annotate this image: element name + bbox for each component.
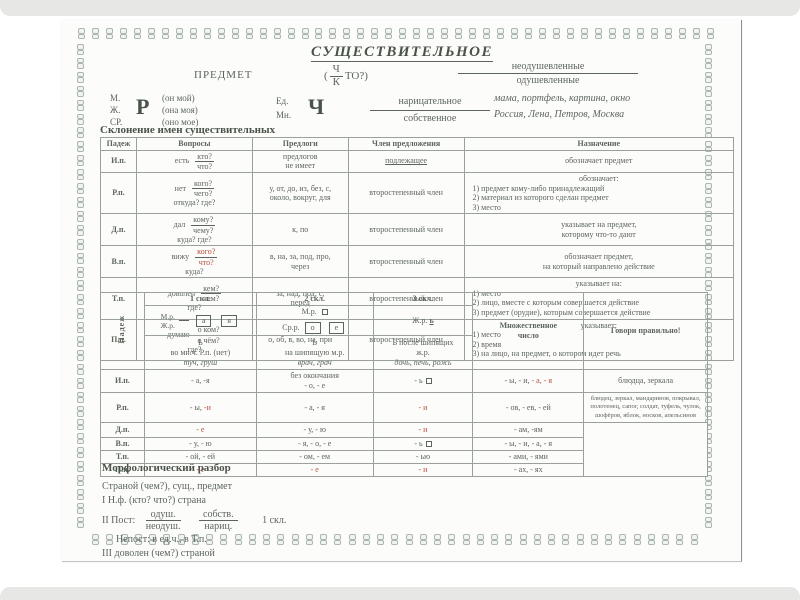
col-header-questions: Вопросы	[136, 138, 252, 151]
col-header-case: Падеж	[101, 138, 137, 151]
question-bottom: чего?	[194, 189, 212, 198]
speak-correctly-header: Говори правильно!	[584, 293, 708, 370]
question-top: кто?	[195, 152, 214, 162]
member-cell: второстепенный член	[348, 214, 464, 246]
page-content: СУЩЕСТВИТЕЛЬНОЕ ПРЕДМЕТ ( Ч К ТО?) неоду…	[62, 20, 742, 562]
purpose-cell: обозначает: 1) предмет кому-либо принадл…	[464, 172, 734, 213]
skl1-sub-text: Ь во мн.ч. Р.п. (нет)	[147, 338, 254, 358]
case-cell: И.п.	[101, 150, 137, 172]
propriety-fraction: собств. нариц.	[199, 509, 238, 532]
morph-line2: I Н.ф. (кто? что?) страна	[102, 494, 286, 508]
skl3-ending: - ь	[373, 370, 473, 393]
skl3-ending: - ь	[373, 438, 473, 451]
morph-post-label: II Пост:	[102, 515, 135, 526]
endings-row: Р.п. - ы, -и - а, - я - и - ов, - ев, - …	[101, 393, 708, 423]
zero-ending-box	[426, 378, 432, 384]
member-cell: второстепенный член	[348, 172, 464, 213]
skl3-ending: - и	[373, 464, 473, 477]
verb: дал	[174, 220, 186, 230]
case-cell: Р.п.	[101, 393, 145, 423]
common-noun-label: нарицательное	[370, 94, 490, 111]
table-row: Р.п. нет кого?чего? откуда? где? у, от, …	[101, 172, 734, 213]
corner-cell: Падеж	[101, 293, 145, 370]
predmet-label: ПРЕДМЕТ	[194, 69, 253, 81]
skl1-ending: - е	[144, 423, 256, 438]
skl2-neut-line: Ср.р. о е	[259, 322, 371, 334]
zero-ending-box	[426, 441, 432, 447]
ending-box-o: о	[305, 322, 321, 334]
skl3-sub-examples: дочь, печь, рожь	[376, 358, 471, 368]
speak-correctly-empty	[584, 423, 708, 477]
skl1-ending: - у, - ю	[144, 438, 256, 451]
ending-box-a: а	[196, 315, 212, 327]
skl2-masc: М.р.	[302, 307, 317, 316]
questions-cell: дал кому?чему? куда? где?	[136, 214, 252, 246]
skl3-sub-cell: Ь после шипящих ж.р. дочь, печь, рожь	[373, 336, 473, 370]
skl1-ending: - а, -я	[144, 370, 256, 393]
question-extra: куда?	[139, 267, 250, 277]
purpose-cell: указывает на предмет, которому что-то да…	[464, 214, 734, 246]
question-top: кого?	[195, 247, 217, 257]
skl2-ending: - у, - ю	[256, 423, 373, 438]
skl3-header: 3 скл.	[373, 293, 473, 306]
question-extra: куда? где?	[139, 235, 250, 245]
question-extra: откуда? где?	[139, 198, 250, 208]
question-top: кого?	[192, 179, 214, 189]
table-row: Д.п. дал кому?чему? куда? где? к, по вто…	[101, 214, 734, 246]
ch-k-fraction: Ч К	[330, 64, 343, 88]
case-cell: В.п.	[101, 438, 145, 451]
plural-ending: - ам, -ям	[473, 423, 584, 438]
skl2-box-cell: М.р. Ср.р. о е	[256, 306, 373, 336]
prepositions-cell: в, на, за, под, про, через	[252, 246, 348, 278]
skl3-ending: - и	[373, 393, 473, 423]
col-header-prepositions: Предлоги	[252, 138, 348, 151]
ending-a: - ы,	[190, 403, 204, 412]
slide-top-band	[0, 0, 800, 16]
soft-sign: ь	[429, 316, 433, 325]
skl3-box-cell: Ж.р. ь	[373, 306, 473, 336]
slide-bottom-band	[0, 587, 800, 600]
skl1-sub-examples: туч, груш	[147, 358, 254, 368]
ending-b: -и	[204, 403, 211, 412]
speak-correctly-cell: блюдец, зеркал, мандаринов, покрывал, по…	[584, 393, 708, 423]
question-bottom: что?	[197, 162, 212, 171]
number-labels: Ед. Мн.	[276, 94, 291, 123]
verb: есть	[175, 156, 189, 166]
skl2-header: 2 скл.	[256, 293, 373, 306]
skl3-ending: - ью	[373, 451, 473, 464]
skl1-masc: М.р.	[161, 312, 175, 321]
purpose-head: указывает на:	[467, 279, 732, 289]
plural-ending: - ы, - и, - а, - я	[473, 370, 584, 393]
questions-cell: есть кто?что?	[136, 150, 252, 172]
skl2-ending: без окончания - о, - е	[256, 370, 373, 393]
purpose-cell: обозначает предмет	[464, 150, 734, 172]
ch-letter: Ч	[330, 64, 343, 77]
col-header-purpose: Назначение	[464, 138, 734, 151]
morph-line1: Страной (чем?), сущ., предмет	[102, 480, 286, 494]
endings-row: Д.п. - е - у, - ю - и - ам, -ям	[101, 423, 708, 438]
inanimate-label: неодушевленные	[458, 60, 638, 74]
slide: СУЩЕСТВИТЕЛЬНОЕ ПРЕДМЕТ ( Ч К ТО?) неоду…	[0, 0, 800, 600]
case-cell: Д.п.	[101, 423, 145, 438]
case-cell: Р.п.	[101, 172, 137, 213]
member-cell: подлежащее	[348, 150, 464, 172]
ending-box-ya: я	[221, 315, 237, 327]
table-header-row: Падеж Вопросы Предлоги Член предложения …	[101, 138, 734, 151]
case-cell: И.п.	[101, 370, 145, 393]
to-suffix: ТО?)	[345, 70, 368, 82]
propriety-block: нарицательное собственное	[370, 94, 490, 126]
chto-kto-formula: ( Ч К ТО?)	[324, 64, 368, 88]
skl1-header: 1 скл.	[144, 293, 256, 306]
skl2-sub-examples: врач, грач	[259, 358, 371, 368]
questions-cell: нет кого?чего? откуда? где?	[136, 172, 252, 213]
endings-table: Падеж 1 скл. 2 скл. 3 скл. Множественное…	[100, 292, 708, 477]
prepositions-cell: у, от, до, из, без, с, около, вокруг, дл…	[252, 172, 348, 213]
skl1-sub-cell: Ь во мн.ч. Р.п. (нет) туч, груш	[144, 336, 256, 370]
morph-skl: 1 скл.	[262, 515, 286, 526]
plural-ending: - ах, - ях	[473, 464, 584, 477]
soft-ending: - ь	[414, 376, 422, 385]
skl2-sub-cell: Ь на шипящую м.р. врач, грач	[256, 336, 373, 370]
morph-line4: Непост: в ед.ч., в Т.п.	[102, 533, 286, 547]
skl2-masc-line: М.р.	[259, 307, 371, 320]
question-bottom: чему?	[193, 226, 213, 235]
case-cell: В.п.	[101, 246, 137, 278]
plural-a: - ы, - и,	[505, 376, 532, 385]
morphological-analysis: Морфологический разбор Страной (чем?), с…	[102, 461, 286, 561]
endings-row: И.п. - а, -я без окончания - о, - е - ь …	[101, 370, 708, 393]
plural-header: Множественное число	[473, 293, 584, 370]
plural-b: - а, - я	[532, 376, 553, 385]
skl3-ending: - и	[373, 423, 473, 438]
corner-label: Падеж	[117, 315, 127, 344]
proper-noun-label: собственное	[404, 113, 457, 124]
skl1-ending: - ы, -и	[144, 393, 256, 423]
skl1-genders: М.р. Ж.р.	[161, 312, 175, 330]
member-cell: второстепенный член	[348, 246, 464, 278]
skl2-ending: - а, - я	[256, 393, 373, 423]
animacy-top: одуш.	[146, 509, 181, 521]
noun-examples: мама, портфель, картина, окно Россия, Ле…	[494, 91, 734, 123]
propriety-top: собств.	[199, 509, 238, 521]
purpose-cell: обозначает предмет, на который направлен…	[464, 246, 734, 278]
zero-ending-box	[322, 309, 328, 315]
skl3-fem: Ж.р.	[412, 316, 427, 325]
table-row: В.п. вижу кого?что? куда? в, на, за, под…	[101, 246, 734, 278]
purpose-head: обозначает:	[467, 174, 732, 184]
purpose-body: 1) предмет кому-либо принадлежащий 2) ма…	[467, 184, 732, 213]
propriety-bottom: нариц.	[199, 521, 238, 532]
dash-line	[179, 320, 189, 321]
section1-title: Склонение имен существительных	[100, 124, 275, 136]
skl2-sub-text: Ь на шипящую м.р.	[259, 338, 371, 358]
col-header-sentence-member: Член предложения	[348, 138, 464, 151]
ending-box-e: е	[329, 322, 345, 334]
animacy-fraction: одуш. неодуш.	[146, 509, 181, 532]
verb: нет	[175, 184, 186, 194]
k-letter: К	[333, 77, 340, 89]
verb: вижу	[172, 252, 190, 262]
gender-forms: (он мой) (она моя) (оно мое)	[162, 92, 198, 128]
rod-letter: Р	[136, 94, 149, 120]
open-paren: (	[324, 70, 328, 82]
chislo-letter: Ч	[308, 94, 324, 120]
animate-label: одушевленные	[517, 75, 580, 86]
animacy-block: неодушевленные одушевленные	[458, 60, 638, 87]
prepositions-cell: предлогов не имеет	[252, 150, 348, 172]
member-text: подлежащее	[385, 156, 427, 165]
plural-ending: - ы, - и, - а, - я	[473, 438, 584, 451]
morph-title: Морфологический разбор	[102, 461, 286, 476]
morph-line5: III доволен (чем?) страной	[102, 547, 286, 561]
scanned-page: СУЩЕСТВИТЕЛЬНОЕ ПРЕДМЕТ ( Ч К ТО?) неоду…	[62, 20, 742, 562]
questions-cell: вижу кого?что? куда?	[136, 246, 252, 278]
case-cell: Д.п.	[101, 214, 137, 246]
table-row: И.п. есть кто?что? предлогов не имеет по…	[101, 150, 734, 172]
prepositions-cell: к, по	[252, 214, 348, 246]
speak-correctly-cell: блюдца, зеркала	[584, 370, 708, 393]
skl1-fem: Ж.р.	[161, 321, 175, 330]
question-top: кому?	[191, 215, 215, 225]
skl1-box-cell: М.р. Ж.р. а я	[144, 306, 256, 336]
plural-ending: - ов, - ев, - ей	[473, 393, 584, 423]
animacy-bottom: неодуш.	[146, 521, 181, 532]
skl2-neut: Ср.р.	[282, 323, 299, 332]
skl3-sub-text: Ь после шипящих ж.р.	[376, 338, 471, 358]
question-bottom: что?	[199, 258, 214, 267]
morph-line3: II Пост: одуш. неодуш. собств. нариц. 1 …	[102, 509, 286, 532]
page-title: СУЩЕСТВИТЕЛЬНОЕ	[62, 44, 742, 61]
gender-labels: М. Ж. СР.	[110, 92, 122, 128]
soft-ending: - ь	[414, 439, 422, 448]
skl2-ending: - я, - о, - е	[256, 438, 373, 451]
endings-header-row: Падеж 1 скл. 2 скл. 3 скл. Множественное…	[101, 293, 708, 306]
plural-ending: - ами, - ями	[473, 451, 584, 464]
